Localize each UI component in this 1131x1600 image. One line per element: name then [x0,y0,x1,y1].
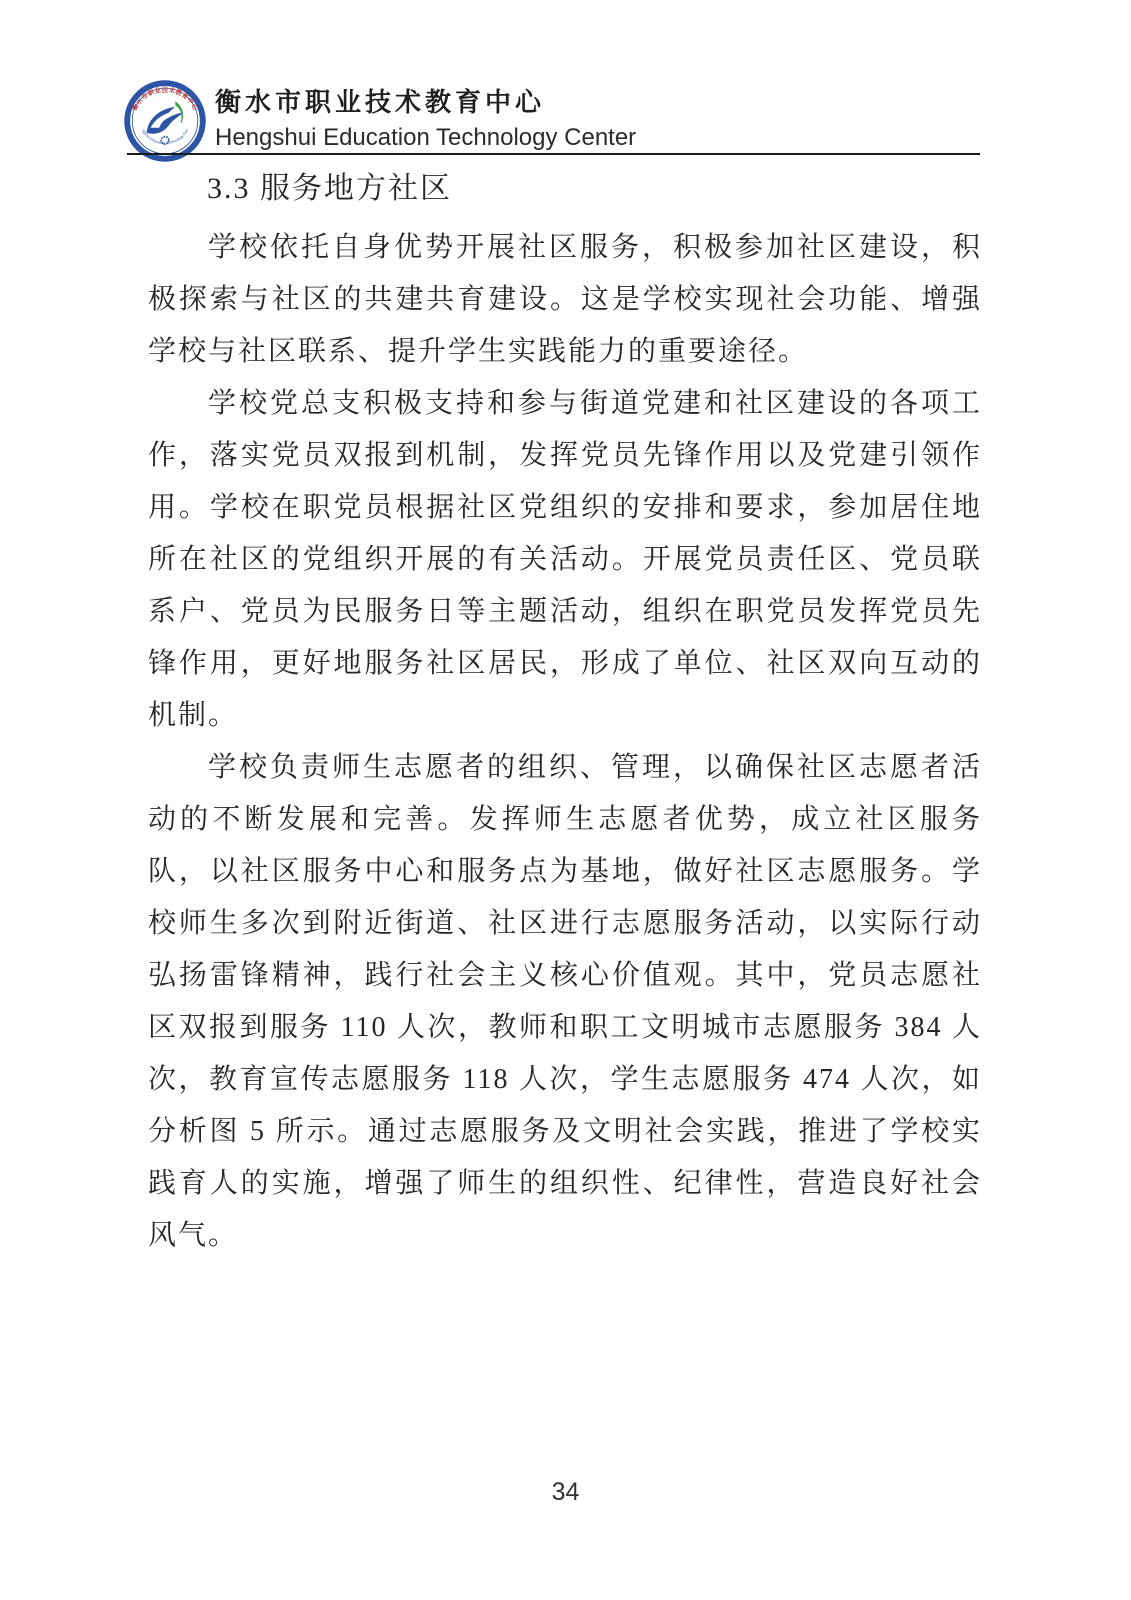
org-name-english: Hengshui Education Technology Center [215,124,636,152]
body-paragraph: 学校党总支积极支持和参与街道党建和社区建设的各项工作，落实党员双报到机制，发挥党… [148,378,982,742]
school-logo: 衡水市职业技术教育中心 Hengshui Education Technolog… [123,79,207,163]
body-paragraph: 学校依托自身优势开展社区服务，积极参加社区建设，积极探索与社区的共建共育建设。这… [148,222,982,378]
body-paragraph: 学校负责师生志愿者的组织、管理，以确保社区志愿者活动的不断发展和完善。发挥师生志… [148,742,982,1262]
page-number: 34 [0,1478,1131,1507]
document-page: 衡水市职业技术教育中心 Hengshui Education Technolog… [0,0,1131,1600]
org-name-chinese: 衡水市职业技术教育中心 [215,88,636,118]
header-divider [127,153,980,155]
school-logo-icon: 衡水市职业技术教育中心 Hengshui Education Technolog… [123,79,207,163]
section-heading: 3.3 服务地方社区 [207,163,452,207]
document-body: 学校依托自身优势开展社区服务，积极参加社区建设，积极探索与社区的共建共育建设。这… [148,222,982,1262]
header-title-block: 衡水市职业技术教育中心 Hengshui Education Technolog… [215,88,636,152]
